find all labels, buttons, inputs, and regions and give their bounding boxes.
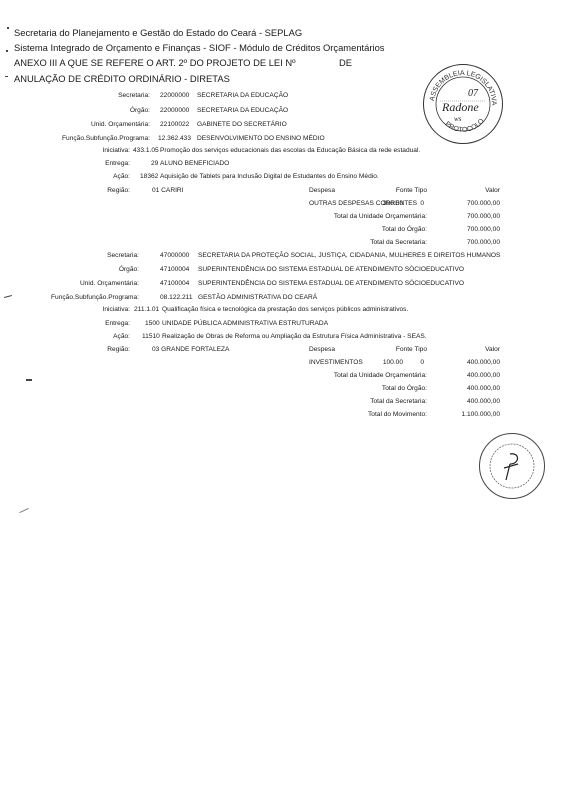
tipo-value: 0	[420, 200, 424, 207]
secretaria-name: SECRETARIA DA PROTEÇÃO SOCIAL, JUSTIÇA, …	[198, 252, 500, 259]
iniciativa-code: 433.1.05	[133, 147, 159, 154]
label-iniciativa: Iniciativa:	[103, 147, 131, 154]
label-total-orgao: Total do Órgão:	[382, 226, 427, 233]
iniciativa-name: Qualificação física e tecnológica da pre…	[162, 306, 408, 313]
total-orgao-value: 400.000,00	[467, 385, 500, 392]
orgao-name: SECRETARIA DA EDUCAÇÃO	[197, 107, 288, 114]
protocol-stamp: ASSEMBLEIA LEGISLATIVA DO CE PROTOCOLO 0…	[423, 64, 503, 144]
secretaria-code: 22000000	[160, 92, 189, 99]
unid-code: 47100004	[160, 280, 189, 287]
acao-name: Aquisição de Tablets para Inclusão Digit…	[160, 173, 379, 180]
label-total-orgao: Total do Órgão:	[382, 385, 427, 392]
scan-speck	[4, 295, 12, 298]
label-acao: Ação:	[113, 173, 130, 180]
total-movimento-value: 1.100.000,00	[461, 411, 500, 418]
label-unid: Unid. Orçamentária:	[80, 280, 139, 287]
entrega-code: 29	[151, 160, 158, 167]
col-fonte-tipo: Fonte Tipo	[396, 187, 427, 194]
acao-name: Realização de Obras de Reforma ou Amplia…	[162, 333, 427, 340]
label-orgao: Órgão:	[130, 107, 150, 114]
label-regiao: Região:	[107, 187, 130, 194]
label-iniciativa: Iniciativa:	[103, 306, 131, 313]
tipo-value: 0	[420, 359, 424, 366]
funcao-code: 12.362.433	[158, 135, 191, 142]
unid-name: GABINETE DO SECRETÁRIO	[197, 121, 287, 128]
regiao-name: 03 GRANDE FORTALEZA	[152, 346, 229, 353]
svg-text:PROTOCOLO: PROTOCOLO	[443, 117, 486, 134]
label-entrega: Entrega:	[105, 160, 130, 167]
svg-text:07: 07	[468, 88, 479, 99]
scan-speck	[26, 379, 32, 381]
orgao-code: 22000000	[160, 107, 189, 114]
header-annex-de: DE	[339, 57, 352, 68]
label-orgao: Órgão:	[119, 266, 139, 273]
secretaria-code: 47000000	[160, 252, 189, 259]
label-total-secretaria: Total da Secretaria:	[370, 239, 427, 246]
total-orgao-value: 700.000,00	[467, 226, 500, 233]
regiao-name: 01 CARIRI	[152, 187, 184, 194]
valor-value: 400.000,00	[467, 359, 500, 366]
despesa-name: INVESTIMENTOS	[309, 359, 363, 366]
label-total-unid: Total da Unidade Orçamentária:	[334, 372, 427, 379]
scan-speck	[5, 76, 8, 77]
fonte-value: 100.00	[383, 359, 403, 366]
label-total-unid: Total da Unidade Orçamentária:	[334, 213, 427, 220]
fonte-value: 300.00	[383, 200, 403, 207]
label-total-movimento: Total do Movimento:	[368, 411, 427, 418]
label-funcao: Função.Subfunção.Programa:	[62, 135, 150, 142]
iniciativa-code: 211.1.01	[134, 306, 159, 313]
orgao-name: SUPERINTENDÊNCIA DO SISTEMA ESTADUAL DE …	[198, 266, 464, 273]
orgao-code: 47100004	[160, 266, 189, 273]
label-total-secretaria: Total da Secretaria:	[370, 398, 427, 405]
svg-text:ws: ws	[454, 115, 462, 123]
entrega-code: 1500	[145, 320, 160, 327]
header-title: ANULAÇÃO DE CRÉDITO ORDINÁRIO - DIRETAS	[14, 73, 230, 84]
secondary-stamp	[479, 433, 545, 499]
funcao-code: 08.122.211	[160, 294, 193, 301]
col-despesa: Despesa	[309, 187, 335, 194]
funcao-name: DESENVOLVIMENTO DO ENSINO MÉDIO	[197, 135, 325, 142]
scan-speck	[19, 508, 28, 513]
col-despesa: Despesa	[309, 346, 335, 353]
label-funcao: Função.Subfunção.Programa:	[51, 294, 139, 301]
acao-code: 11510	[142, 333, 160, 340]
entrega-name: ALUNO BENEFICIADO	[160, 160, 229, 167]
unid-code: 22100022	[160, 121, 189, 128]
label-unid: Unid. Orçamentária:	[91, 121, 150, 128]
funcao-name: GESTÃO ADMINISTRATIVA DO CEARÁ	[198, 294, 317, 301]
total-unid-value: 700.000,00	[467, 213, 500, 220]
total-secretaria-value: 400.000,00	[467, 398, 500, 405]
col-fonte-tipo: Fonte Tipo	[396, 346, 427, 353]
svg-text:Radone: Radone	[441, 100, 479, 114]
secretaria-name: SECRETARIA DA EDUCAÇÃO	[197, 92, 288, 99]
header-annex: ANEXO III A QUE SE REFERE O ART. 2º DO P…	[14, 57, 296, 68]
scan-speck	[6, 50, 8, 52]
label-secretaria: Secretaria:	[118, 92, 150, 99]
total-secretaria-value: 700.000,00	[467, 239, 500, 246]
label-acao: Ação:	[113, 333, 130, 340]
label-entrega: Entrega:	[105, 320, 130, 327]
header-system: Sistema Integrado de Orçamento e Finança…	[14, 42, 384, 53]
col-valor: Valor	[485, 346, 500, 353]
unid-name: SUPERINTENDÊNCIA DO SISTEMA ESTADUAL DE …	[198, 280, 464, 287]
label-regiao: Região:	[107, 346, 130, 353]
valor-value: 700.000,00	[467, 200, 500, 207]
scan-speck	[7, 27, 9, 29]
iniciativa-name: Promoção dos serviços educacionais das e…	[160, 147, 420, 154]
total-unid-value: 400.000,00	[467, 372, 500, 379]
label-secretaria: Secretaria:	[107, 252, 139, 259]
col-valor: Valor	[485, 187, 500, 194]
acao-code: 18362	[140, 173, 158, 180]
header-agency: Secretaria do Planejamento e Gestão do E…	[14, 27, 302, 38]
entrega-name: UNIDADE PÚBLICA ADMINISTRATIVA ESTRUTURA…	[162, 320, 328, 327]
